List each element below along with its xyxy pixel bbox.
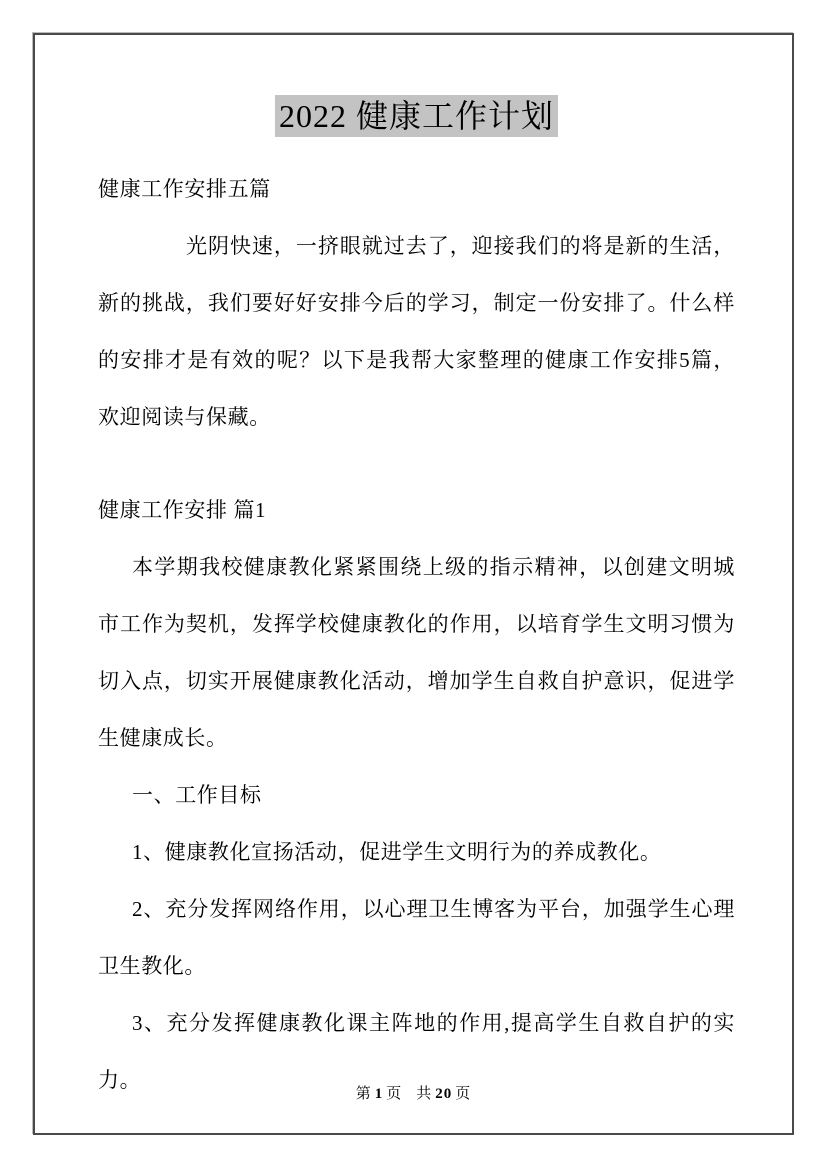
total-pages-indicator: 共20页	[416, 1086, 471, 1102]
paragraph: 本学期我校健康教化紧紧围绕上级的指示精神，以创建文明城市工作为契机，发挥学校健康…	[98, 539, 735, 767]
total-page-number: 20	[432, 1086, 455, 1102]
paragraph: 健康工作安排 篇1	[98, 482, 735, 539]
page-number: 1	[372, 1086, 387, 1102]
title-highlight: 2022 健康工作计划	[275, 95, 558, 137]
paragraph: 光阴快速，一挤眼就过去了，迎接我们的将是新的生活，新的挑战，我们要好好安排今后的…	[98, 218, 735, 446]
document-page: 2022 健康工作计划 健康工作安排五篇光阴快速，一挤眼就过去了，迎接我们的将是…	[33, 33, 794, 1135]
document-body: 健康工作安排五篇光阴快速，一挤眼就过去了，迎接我们的将是新的生活，新的挑战，我们…	[98, 161, 735, 1109]
paragraph: 一、工作目标	[98, 767, 735, 824]
document-title: 2022 健康工作计划	[98, 93, 735, 139]
page-footer: 第1页共20页	[35, 1082, 792, 1103]
paragraph: 健康工作安排五篇	[98, 161, 735, 218]
current-page-indicator: 第1页	[356, 1086, 403, 1102]
page-prefix-label: 第	[356, 1086, 372, 1102]
total-prefix-label: 共	[416, 1086, 432, 1102]
paragraph: 2、充分发挥网络作用，以心理卫生博客为平台，加强学生心理卫生教化。	[98, 881, 735, 995]
page-word-label: 页	[386, 1086, 402, 1102]
total-word-label: 页	[455, 1086, 471, 1102]
document-canvas: { "title": { "text": "2022 健康工作计划", "hig…	[0, 0, 827, 1170]
page-content: 2022 健康工作计划 健康工作安排五篇光阴快速，一挤眼就过去了，迎接我们的将是…	[35, 93, 792, 1109]
paragraph: 1、健康教化宣扬活动，促进学生文明行为的养成教化。	[98, 824, 735, 881]
